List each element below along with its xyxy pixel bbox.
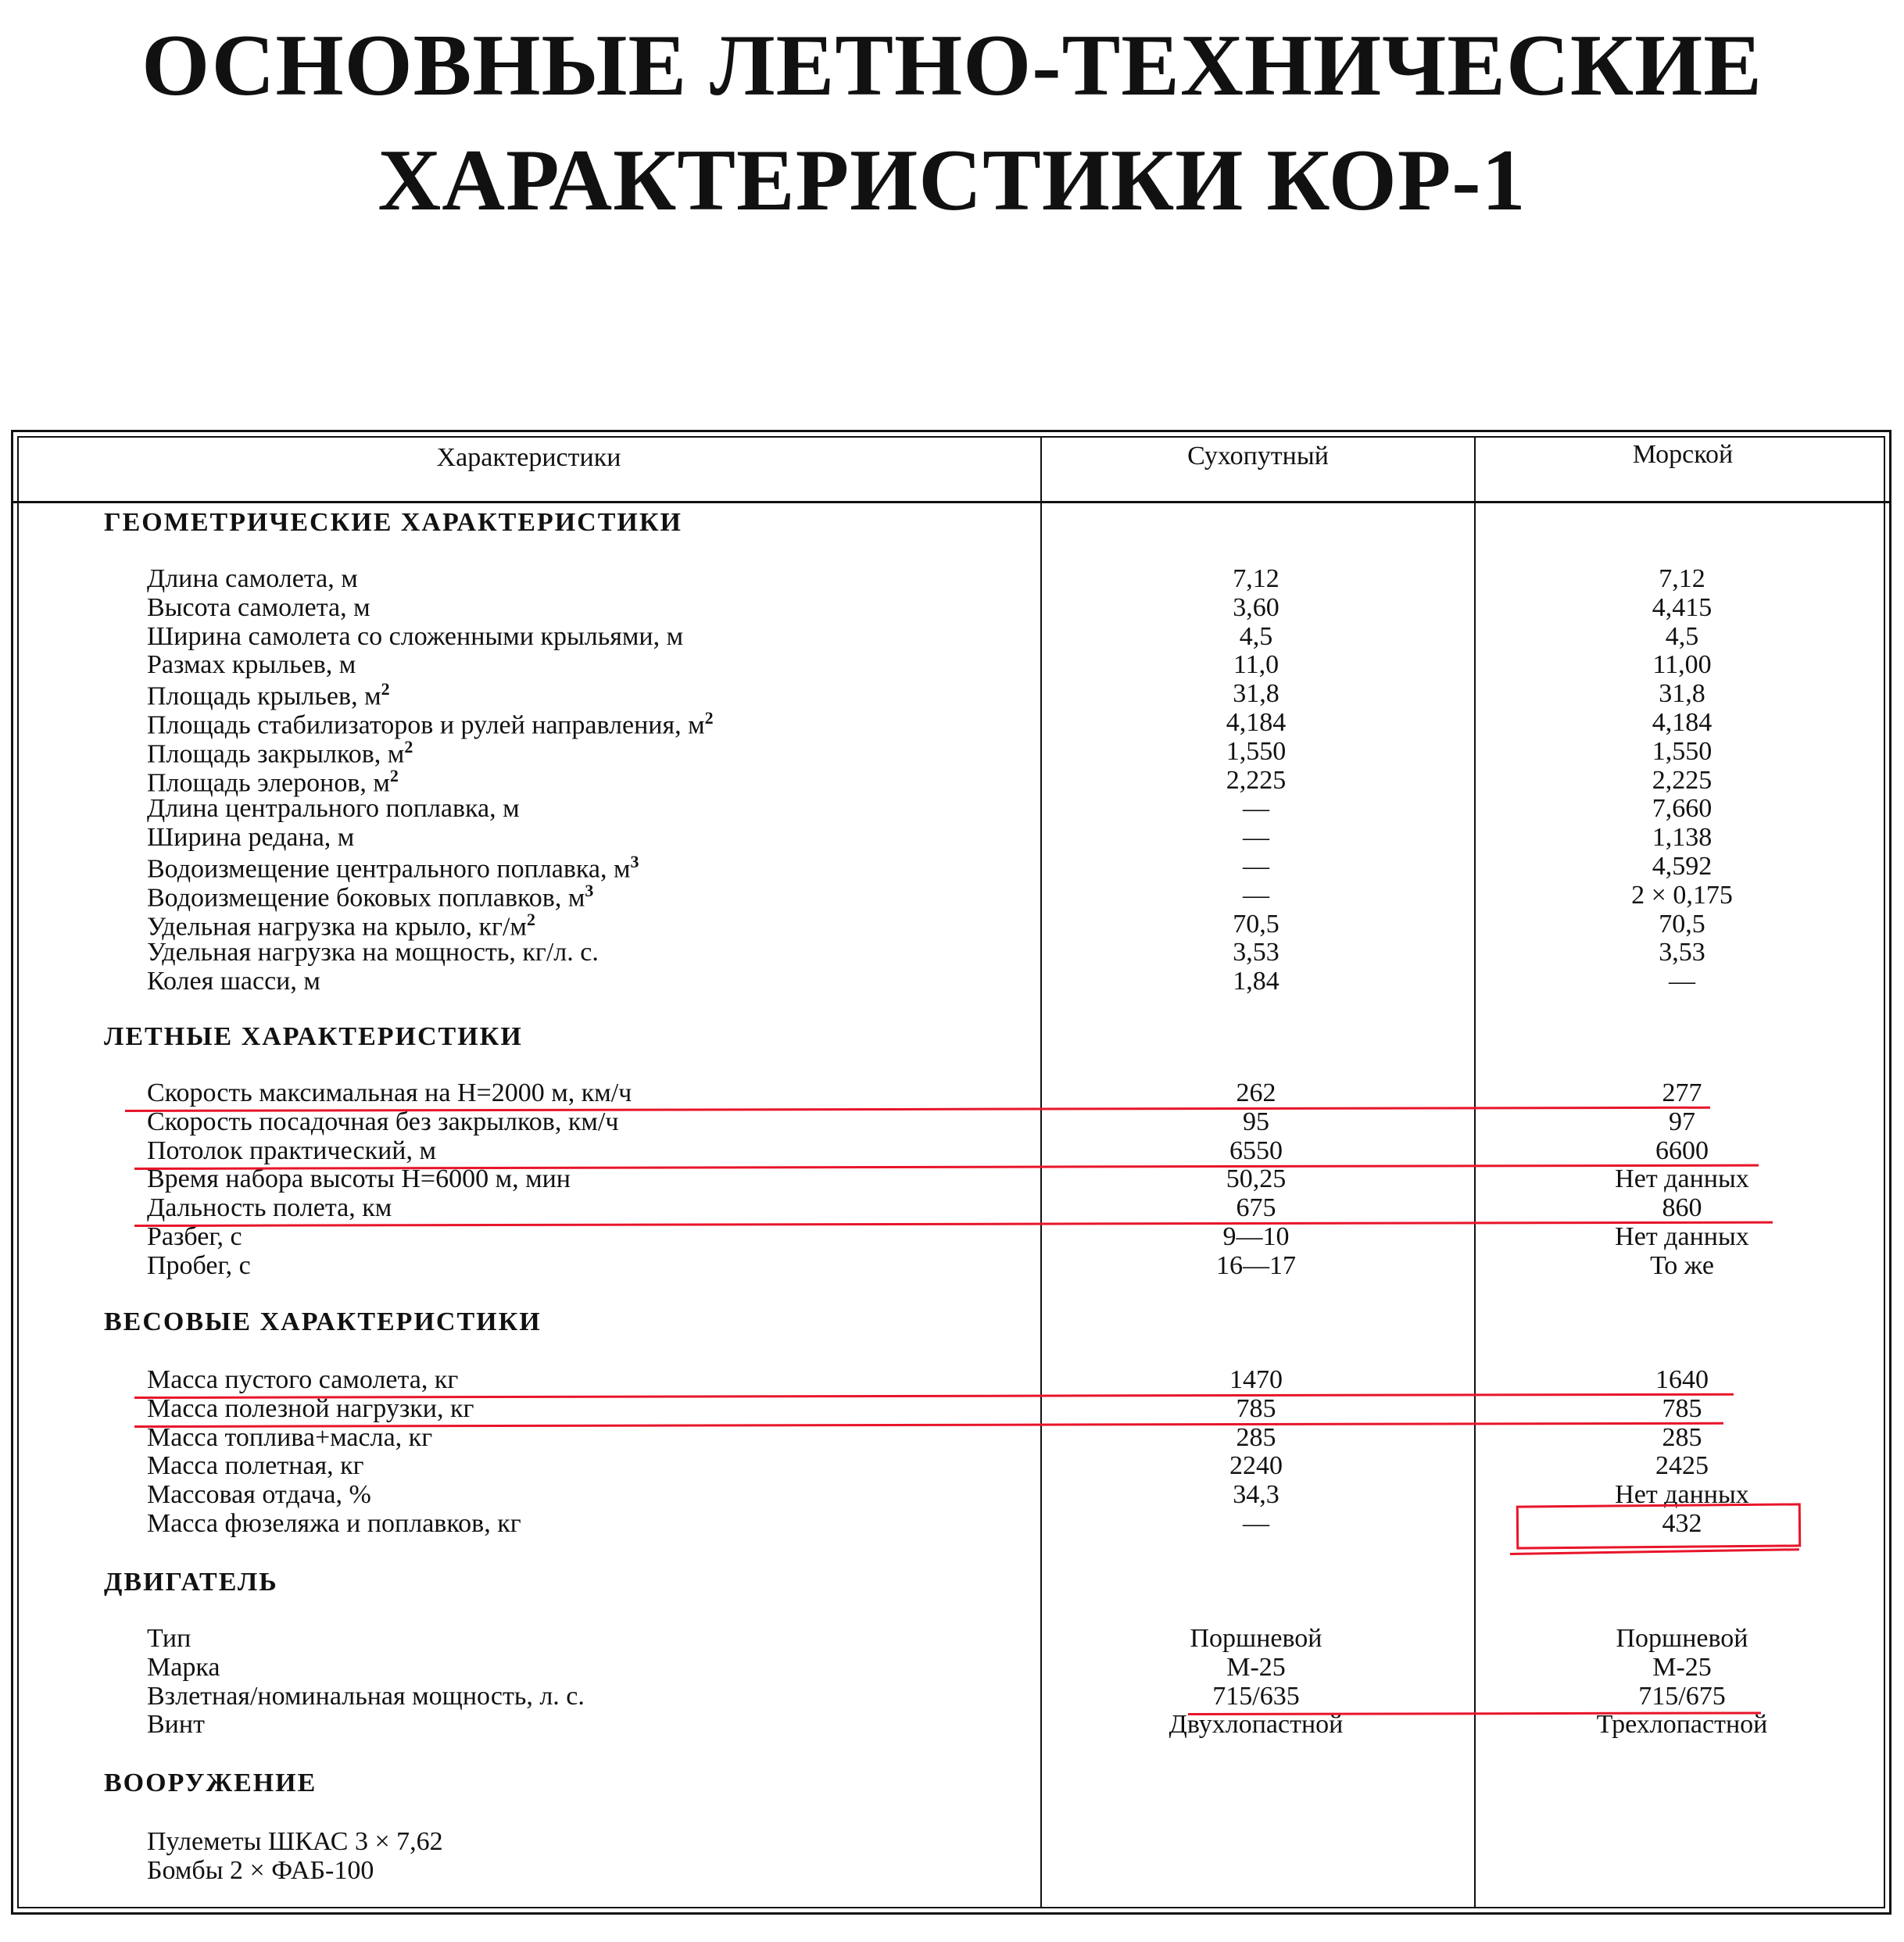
value-sea: 2,225 — [1487, 766, 1877, 796]
value-land: 3,53 — [1061, 938, 1451, 967]
row-label: Длина самолета, м — [147, 564, 358, 594]
value-sea: 2 × 0,175 — [1487, 881, 1877, 910]
value-land: 11,0 — [1061, 650, 1451, 680]
page-title-line2: ХАРАКТЕРИСТИКИ КОР-1 — [0, 137, 1904, 224]
value-sea: 785 — [1487, 1394, 1877, 1424]
value-land: 1,550 — [1061, 737, 1451, 767]
value-sea: М-25 — [1487, 1653, 1877, 1683]
row-label: Водоизмещение боковых поплавков, м3 — [147, 881, 593, 913]
section-title: ВООРУЖЕНИЕ — [104, 1769, 317, 1798]
column-header-characteristic: Характеристики — [17, 443, 1040, 473]
value-land: 785 — [1061, 1394, 1451, 1424]
row-label: Площадь элеронов, м2 — [147, 766, 399, 798]
value-sea: 31,8 — [1487, 679, 1877, 709]
row-label: Ширина редана, м — [147, 823, 354, 853]
value-sea: 860 — [1487, 1193, 1877, 1223]
row-label: Масса полетная, кг — [147, 1451, 364, 1481]
row-label: Пробег, с — [147, 1251, 251, 1281]
value-land: — — [1061, 852, 1451, 882]
row-label: Марка — [147, 1653, 220, 1683]
value-sea: 715/675 — [1487, 1682, 1877, 1711]
superscript-exponent: 3 — [585, 881, 593, 900]
value-sea: Нет данных — [1487, 1164, 1877, 1194]
value-sea: 97 — [1487, 1107, 1877, 1137]
row-label: Пулеметы ШКАС 3 × 7,62 — [147, 1827, 443, 1857]
row-label: Массовая отдача, % — [147, 1480, 371, 1510]
red-box-annotation — [1516, 1503, 1801, 1549]
value-land: 1470 — [1061, 1365, 1451, 1395]
value-sea: 285 — [1487, 1423, 1877, 1453]
value-land: — — [1061, 794, 1451, 824]
row-label: Ширина самолета со сложенными крыльями, … — [147, 622, 683, 652]
value-land: — — [1061, 1509, 1451, 1539]
header-divider — [13, 501, 1889, 503]
value-land: 262 — [1061, 1078, 1451, 1108]
value-land: 715/635 — [1061, 1682, 1451, 1711]
column-divider-2 — [1474, 436, 1476, 1908]
row-label: Винт — [147, 1710, 205, 1740]
value-land: 31,8 — [1061, 679, 1451, 709]
value-sea: 1,550 — [1487, 737, 1877, 767]
row-label: Тип — [147, 1624, 191, 1654]
row-label: Длина центрального поплавка, м — [147, 794, 520, 824]
row-label: Высота самолета, м — [147, 593, 370, 623]
column-header-land: Сухопутный — [1042, 442, 1474, 471]
superscript-exponent: 2 — [527, 910, 535, 929]
row-label: Потолок практический, м — [147, 1136, 436, 1166]
value-sea: 1,138 — [1487, 823, 1877, 853]
row-label: Дальность полета, км — [147, 1193, 392, 1223]
value-land: 34,3 — [1061, 1480, 1451, 1510]
value-sea: 4,415 — [1487, 593, 1877, 623]
value-sea: 70,5 — [1487, 910, 1877, 939]
superscript-exponent: 2 — [390, 766, 399, 785]
row-label: Размах крыльев, м — [147, 650, 356, 680]
value-land: — — [1061, 881, 1451, 910]
value-land: Поршневой — [1061, 1624, 1451, 1654]
value-land: 4,184 — [1061, 708, 1451, 738]
section-title: ДВИГАТЕЛЬ — [104, 1568, 278, 1597]
value-land: М-25 — [1061, 1653, 1451, 1683]
value-sea: То же — [1487, 1251, 1877, 1281]
value-sea: 11,00 — [1487, 650, 1877, 680]
row-label: Удельная нагрузка на крыло, кг/м2 — [147, 910, 535, 942]
row-label: Колея шасси, м — [147, 967, 320, 996]
value-sea: Трехлопастной — [1487, 1710, 1877, 1740]
page-title-line1: ОСНОВНЫЕ ЛЕТНО-ТЕХНИЧЕСКИЕ — [0, 22, 1904, 109]
value-sea: 4,592 — [1487, 852, 1877, 882]
value-land: 6550 — [1061, 1136, 1451, 1166]
value-land: 1,84 — [1061, 967, 1451, 996]
value-land: 95 — [1061, 1107, 1451, 1137]
value-sea: 6600 — [1487, 1136, 1877, 1166]
value-sea: Поршневой — [1487, 1624, 1877, 1654]
value-sea: 4,184 — [1487, 708, 1877, 738]
superscript-exponent: 3 — [631, 852, 639, 871]
row-label: Скорость максимальная на H=2000 м, км/ч — [147, 1078, 632, 1108]
value-land: 285 — [1061, 1423, 1451, 1453]
value-land: — — [1061, 823, 1451, 853]
row-label: Масса пустого самолета, кг — [147, 1365, 458, 1395]
value-land: 675 — [1061, 1193, 1451, 1223]
column-header-sea: Морской — [1476, 440, 1890, 470]
section-title: ЛЕТНЫЕ ХАРАКТЕРИСТИКИ — [104, 1022, 523, 1052]
value-sea: — — [1487, 967, 1877, 996]
value-sea: 7,660 — [1487, 794, 1877, 824]
row-label: Площадь закрылков, м2 — [147, 737, 413, 769]
row-label: Взлетная/номинальная мощность, л. с. — [147, 1682, 585, 1711]
row-label: Бомбы 2 × ФАБ-100 — [147, 1856, 374, 1886]
superscript-exponent: 2 — [705, 708, 714, 728]
value-sea: 3,53 — [1487, 938, 1877, 967]
value-land: 2,225 — [1061, 766, 1451, 796]
row-label: Площадь стабилизаторов и рулей направлен… — [147, 708, 714, 740]
value-land: 50,25 — [1061, 1164, 1451, 1194]
value-sea: 1640 — [1487, 1365, 1877, 1395]
value-land: 4,5 — [1061, 622, 1451, 652]
superscript-exponent: 2 — [404, 737, 413, 756]
value-land: 7,12 — [1061, 564, 1451, 594]
column-divider-1 — [1040, 436, 1042, 1908]
section-title: ВЕСОВЫЕ ХАРАКТЕРИСТИКИ — [104, 1307, 542, 1337]
value-sea: 277 — [1487, 1078, 1877, 1108]
value-land: 16—17 — [1061, 1251, 1451, 1281]
value-land: 2240 — [1061, 1451, 1451, 1481]
row-label: Масса фюзеляжа и поплавков, кг — [147, 1509, 521, 1539]
row-label: Площадь крыльев, м2 — [147, 679, 390, 711]
value-sea: 2425 — [1487, 1451, 1877, 1481]
row-label: Водоизмещение центрального поплавка, м3 — [147, 852, 639, 884]
value-land: 70,5 — [1061, 910, 1451, 939]
value-sea: 4,5 — [1487, 622, 1877, 652]
superscript-exponent: 2 — [381, 679, 390, 699]
section-title: ГЕОМЕТРИЧЕСКИЕ ХАРАКТЕРИСТИКИ — [104, 508, 682, 538]
value-sea: 7,12 — [1487, 564, 1877, 594]
value-sea: Нет данных — [1487, 1222, 1877, 1252]
row-label: Удельная нагрузка на мощность, кг/л. с. — [147, 938, 599, 967]
value-land: 9—10 — [1061, 1222, 1451, 1252]
value-land: 3,60 — [1061, 593, 1451, 623]
